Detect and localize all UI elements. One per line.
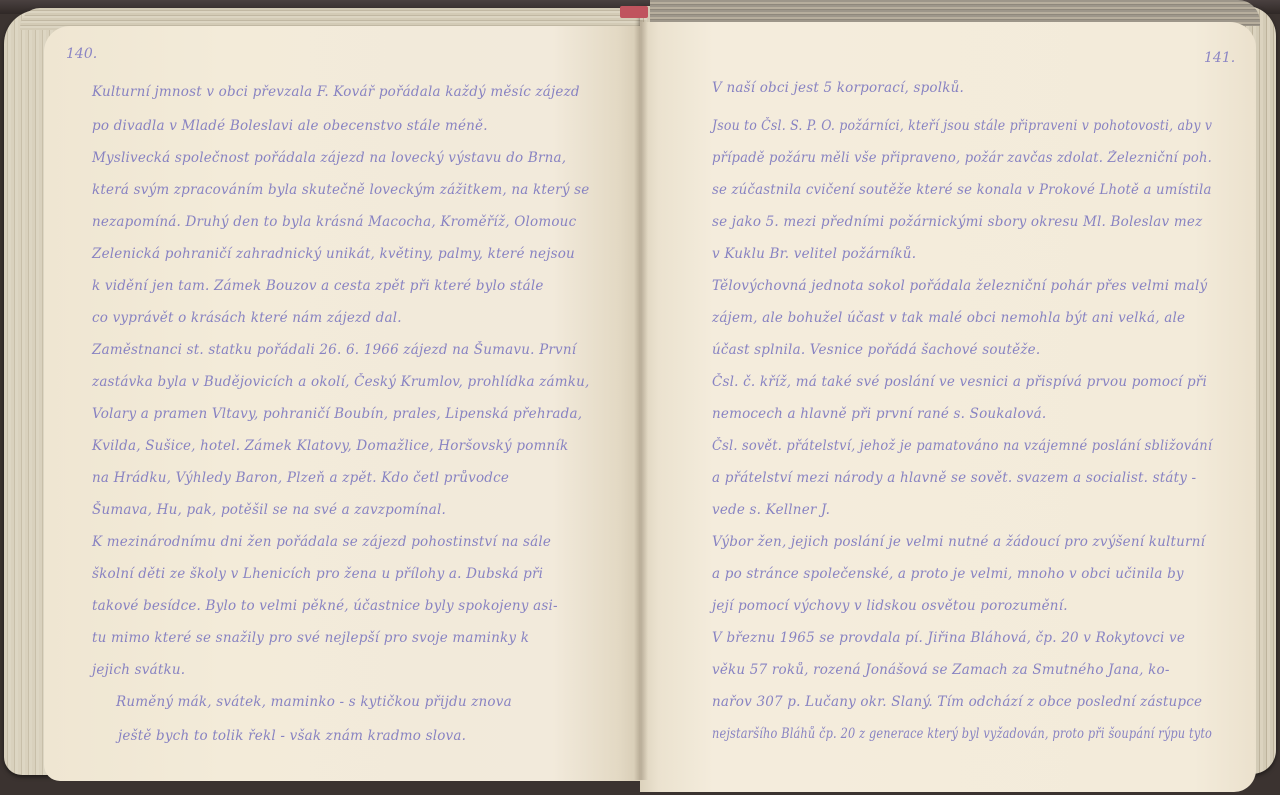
handwritten-line: školní děti ze školy v Lhenicích pro žen… [92,566,543,582]
handwritten-line: případě požáru měli vše připraveno, požá… [712,150,1212,166]
handwritten-line: Kvilda, Sušice, hotel. Zámek Klatovy, Do… [92,438,568,454]
handwritten-line: V naší obci jest 5 korporací, spolků. [712,80,964,96]
handwritten-line: Ruměný mák, svátek, maminko - s kytičkou… [116,694,512,710]
handwritten-line: Volary a pramen Vltavy, pohraničí Boubín… [92,406,582,422]
handwritten-line: která svým zpracováním byla skutečně lov… [92,182,589,198]
handwritten-line: zájem, ale bohužel účast v tak malé obci… [712,310,1185,326]
handwritten-line: na Hrádku, Výhledy Baron, Plzeň a zpět. … [92,470,509,486]
handwritten-line: nařov 307 p. Lučany okr. Slaný. Tím odch… [712,694,1202,710]
handwritten-line: Zaměstnanci st. statku pořádali 26. 6. 1… [92,342,576,358]
bookmark-ribbon [620,6,648,18]
handwritten-line: Tělovýchovná jednota sokol pořádala žele… [712,278,1207,294]
handwritten-line: se jako 5. mezi předními požárnickými sb… [712,214,1202,230]
handwritten-line: Čsl. sovět. přátelství, jehož je pamatov… [712,438,1212,454]
handwritten-line: ještě bych to tolik řekl - však znám kra… [118,728,466,744]
handwritten-line: v Kuklu Br. velitel požárníků. [712,246,916,262]
handwritten-line: Kulturní jmnost v obci převzala F. Kovář… [92,84,580,100]
book-gutter [634,20,648,780]
handwritten-line: k vidění jen tam. Zámek Bouzov a cesta z… [92,278,544,294]
handwritten-line: vede s. Kellner J. [712,502,830,518]
handwritten-line: po divadla v Mladé Boleslavi ale obecens… [92,118,488,134]
left-page-number: 140. [66,46,97,62]
handwritten-line: jejich svátku. [92,662,185,678]
handwritten-line: se zúčastnila cvičení soutěže které se k… [712,182,1212,198]
handwritten-line: V březnu 1965 se provdala pí. Jiřina Blá… [712,630,1185,646]
handwritten-line: K mezinárodnímu dni žen pořádala se záje… [92,534,551,550]
handwritten-line: věku 57 roků, rozená Jonášová se Zamach … [712,662,1170,678]
handwritten-line: Jsou to Čsl. S. P. O. požárníci, kteří j… [712,118,1212,134]
handwritten-line: tu mimo které se snažily pro své nejlepš… [92,630,529,646]
handwritten-line: nezapomíná. Druhý den to byla krásná Mac… [92,214,576,230]
handwritten-line: nemocech a hlavně při první rané s. Souk… [712,406,1046,422]
right-page-number: 141. [1204,50,1235,66]
handwritten-line: a přátelství mezi národy a hlavně se sov… [712,470,1196,486]
handwritten-line: Výbor žen, jejich poslání je velmi nutné… [712,534,1205,550]
handwritten-line: účast splnila. Vesnice pořádá šachové so… [712,342,1040,358]
handwritten-line: nejstaršího Bláhů čp. 20 z generace kter… [712,726,1212,742]
handwritten-line: Šumava, Hu, pak, potěšil se na své a zav… [92,502,446,518]
handwritten-line: a po stránce společenské, a proto je vel… [712,566,1184,582]
handwritten-line: Myslivecká společnost pořádala zájezd na… [92,150,566,166]
handwritten-line: zastávka byla v Budějovicích a okolí, Če… [92,374,590,390]
handwritten-line: co vyprávět o krásách které nám zájezd d… [92,310,402,326]
handwritten-line: Zelenická pohraničí zahradnický unikát, … [92,246,575,262]
handwritten-line: takové besídce. Bylo to velmi pěkné, úča… [92,598,558,614]
handwritten-line: její pomocí výchovy v lidskou osvětou po… [712,598,1068,614]
handwritten-line: Čsl. č. kříž, má také své poslání ve ves… [712,374,1207,390]
